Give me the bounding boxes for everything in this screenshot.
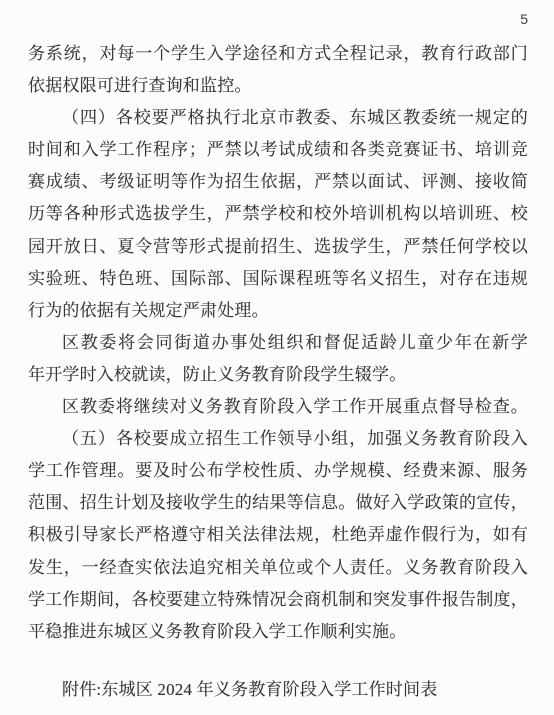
text-line: 时间和入学工作程序；严禁以考试成绩和各类竞赛证书、培训竞: [28, 134, 528, 166]
text-line: 学工作管理。要及时公布学校性质、办学规模、经费来源、服务: [28, 455, 528, 487]
text-line: 行为的依据有关规定严肃处理。: [28, 295, 528, 327]
text-line: 平稳推进东城区义务教育阶段入学工作顺利实施。: [28, 616, 528, 648]
text-line: 园开放日、夏令营等形式提前招生、选拔学生，严禁任何学校以: [28, 231, 528, 263]
attachment-reference-line: 附件:东城区 2024 年义务教育阶段入学工作时间表: [28, 674, 528, 706]
text-line: 学工作期间，各校要建立特殊情况会商机制和突发事件报告制度，: [28, 584, 528, 616]
text-line: 赛成绩、考级证明等作为招生依据，严禁以面试、评测、接收简: [28, 166, 528, 198]
page-number: 5: [520, 11, 528, 27]
text-line: 依据权限可进行查询和监控。: [28, 70, 528, 102]
text-line: （五）各校要成立招生工作领导小组，加强义务教育阶段入: [28, 423, 528, 455]
text-line: 范围、招生计划及接收学生的结果等信息。做好入学政策的宣传，: [28, 487, 528, 519]
document-page: 5 务系统，对每一个学生入学途径和方式全程记录，教育行政部门 依据权限可进行查询…: [0, 0, 554, 715]
text-line: 发生，一经查实依法追究相关单位或个人责任。义务教育阶段入: [28, 552, 528, 584]
text-line: （四）各校要严格执行北京市教委、东城区教委统一规定的: [28, 102, 528, 134]
document-body: 务系统，对每一个学生入学途径和方式全程记录，教育行政部门 依据权限可进行查询和监…: [28, 38, 528, 706]
text-line: 年开学时入校就读，防止义务教育阶段学生辍学。: [28, 359, 528, 391]
text-line: 历等各种形式选拔学生，严禁学校和校外培训机构以培训班、校: [28, 198, 528, 230]
text-line: 务系统，对每一个学生入学途径和方式全程记录，教育行政部门: [28, 38, 528, 70]
text-line: 实验班、特色班、国际部、国际课程班等名义招生，对存在违规: [28, 263, 528, 295]
text-line: 积极引导家长严格遵守相关法律法规，杜绝弄虚作假行为，如有: [28, 519, 528, 551]
text-line: 区教委将继续对义务教育阶段入学工作开展重点督导检查。: [28, 391, 528, 423]
text-line: 区教委将会同街道办事处组织和督促适龄儿童少年在新学: [28, 327, 528, 359]
